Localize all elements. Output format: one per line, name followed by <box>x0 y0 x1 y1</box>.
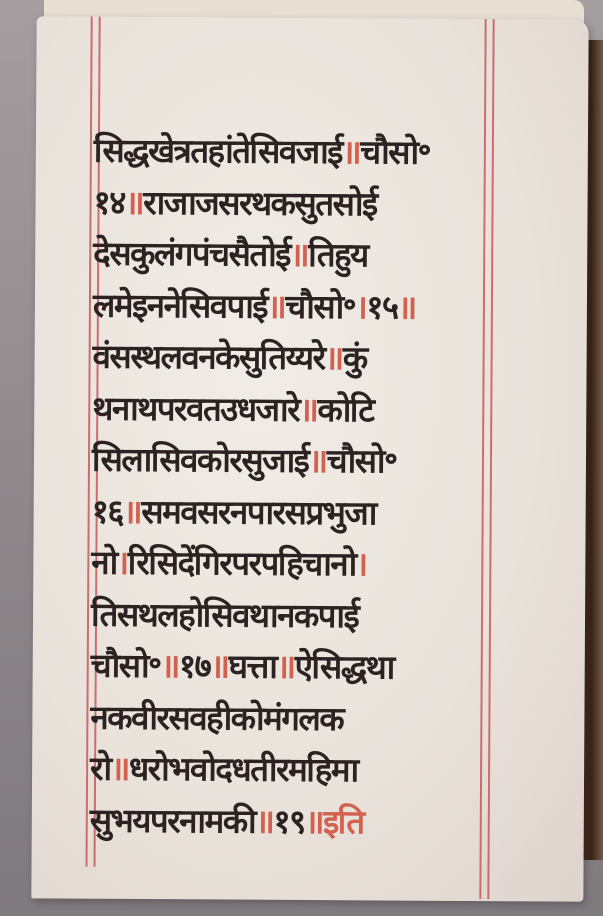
rubric-mark: ॥ <box>324 338 343 377</box>
ink-text: देसकुलंगपंचसैतोई <box>93 234 290 274</box>
ink-text: नो <box>91 543 117 582</box>
rubric-mark: ॥ <box>276 647 295 686</box>
ink-text: चौसो॰ <box>327 441 397 480</box>
ink-text: समवसरनपारसप्रभुजा <box>141 491 376 531</box>
ink-text: नकवीरसवहीकोमंगलक <box>90 697 343 738</box>
ink-text: थनाथपरवतउधजारे <box>92 388 299 428</box>
ink-text: कोटि <box>317 390 373 429</box>
manuscript-line: १४॥राजाजसरथकसुतसोई <box>93 176 493 230</box>
rubric-mark: ॥ <box>111 749 130 788</box>
ink-text: सिद्धखेत्रतहांतेसिवजाई <box>94 131 342 172</box>
ink-text: १९ <box>273 801 305 840</box>
ink-text: चौसो॰ <box>285 286 355 325</box>
manuscript-line: वंसस्थलवनकेसुतिय्यरे॥कुं <box>92 331 492 385</box>
manuscript-line: १६॥समवसरनपारसप्रभुजा <box>92 485 492 539</box>
manuscript-line: लमेइननेसिवपाई॥चौसो॰।१५॥ <box>93 279 493 333</box>
rubric-mark: ॥ <box>267 286 286 325</box>
ink-text: सिलासिवकोरसुजाई <box>92 440 309 480</box>
ink-text: चौसो॰ <box>91 646 161 685</box>
ink-text: धरोभवोदधतीरमहिमा <box>129 749 358 789</box>
ink-text: राजाजसरथकसुतसोई <box>143 182 377 222</box>
ink-text: घत्ता <box>228 647 276 686</box>
ink-text: १४ <box>93 182 125 221</box>
manuscript-line: नकवीरसवहीकोमंगलक <box>90 691 490 745</box>
manuscript-line: तिसथलहोसिवथानकपाई <box>91 588 491 642</box>
ink-text: ऐसिद्धथा <box>295 647 394 687</box>
ink-text: चौसो॰ <box>360 132 430 171</box>
ink-text: १७ <box>179 646 211 685</box>
manuscript-line: सिलासिवकोरसुजाई॥चौसो॰ <box>92 434 492 488</box>
ink-text: लमेइननेसिवपाई <box>93 285 267 325</box>
manuscript-line: थनाथपरवतउधजारे॥कोटि <box>92 382 492 436</box>
ink-text: वंसस्थलवनकेसुतिय्यरे <box>93 337 325 377</box>
rubric-mark: । <box>356 544 367 583</box>
ink-text: तिहुय <box>308 235 368 274</box>
rubric-mark: ॥ <box>398 287 417 326</box>
manuscript-line: नो।रिसिदेंगिरपरपहिचानो। <box>91 537 491 591</box>
manuscript-text-block: सिद्धखेत्रतहांतेसिवजाई॥चौसो॰१४॥राजाजसरथक… <box>90 125 494 848</box>
rubric-mark: ॥ <box>161 646 180 685</box>
rubric-mark: ॥ <box>290 235 309 274</box>
ink-text: १५ <box>366 287 398 326</box>
ink-text: रो <box>90 749 111 788</box>
ink-text: रिसिदेंगिरपरपहिचानो <box>128 543 356 583</box>
rubric-mark: ॥ <box>125 182 144 221</box>
ink-text: तिसथलहोसिवथानकपाई <box>91 594 358 635</box>
rubric-mark: ॥ <box>210 646 229 685</box>
manuscript-line: चौसो॰॥१७॥घत्ता॥ऐसिद्धथा <box>91 640 491 694</box>
ink-text: सुभयपरनामकी <box>90 800 256 840</box>
rubric-mark: ॥ <box>342 132 361 171</box>
rubric-mark: ॥ <box>123 491 142 530</box>
rubric-mark: ॥ <box>255 801 274 840</box>
manuscript-page: सिद्धखेत्रतहांतेसिवजाई॥चौसो॰१४॥राजाजसरथक… <box>31 16 588 901</box>
rubric-mark: ॥ <box>299 389 318 428</box>
ink-text: कुं <box>343 338 367 377</box>
rubric-mark: ॥ <box>308 441 327 480</box>
manuscript-line: रो॥धरोभवोदधतीरमहिमा <box>90 743 490 797</box>
manuscript-line: सिद्धखेत्रतहांतेसिवजाई॥चौसो॰ <box>94 125 494 179</box>
manuscript-line: सुभयपरनामकी॥१९॥इति <box>90 794 490 848</box>
rubric-mark: इति <box>323 802 364 841</box>
rubric-mark: । <box>117 543 128 582</box>
manuscript-line: देसकुलंगपंचसैतोई॥तिहुय <box>93 228 493 282</box>
rubric-mark: । <box>355 287 366 326</box>
rubric-mark: ॥ <box>305 801 324 840</box>
ink-text: १६ <box>92 491 124 530</box>
